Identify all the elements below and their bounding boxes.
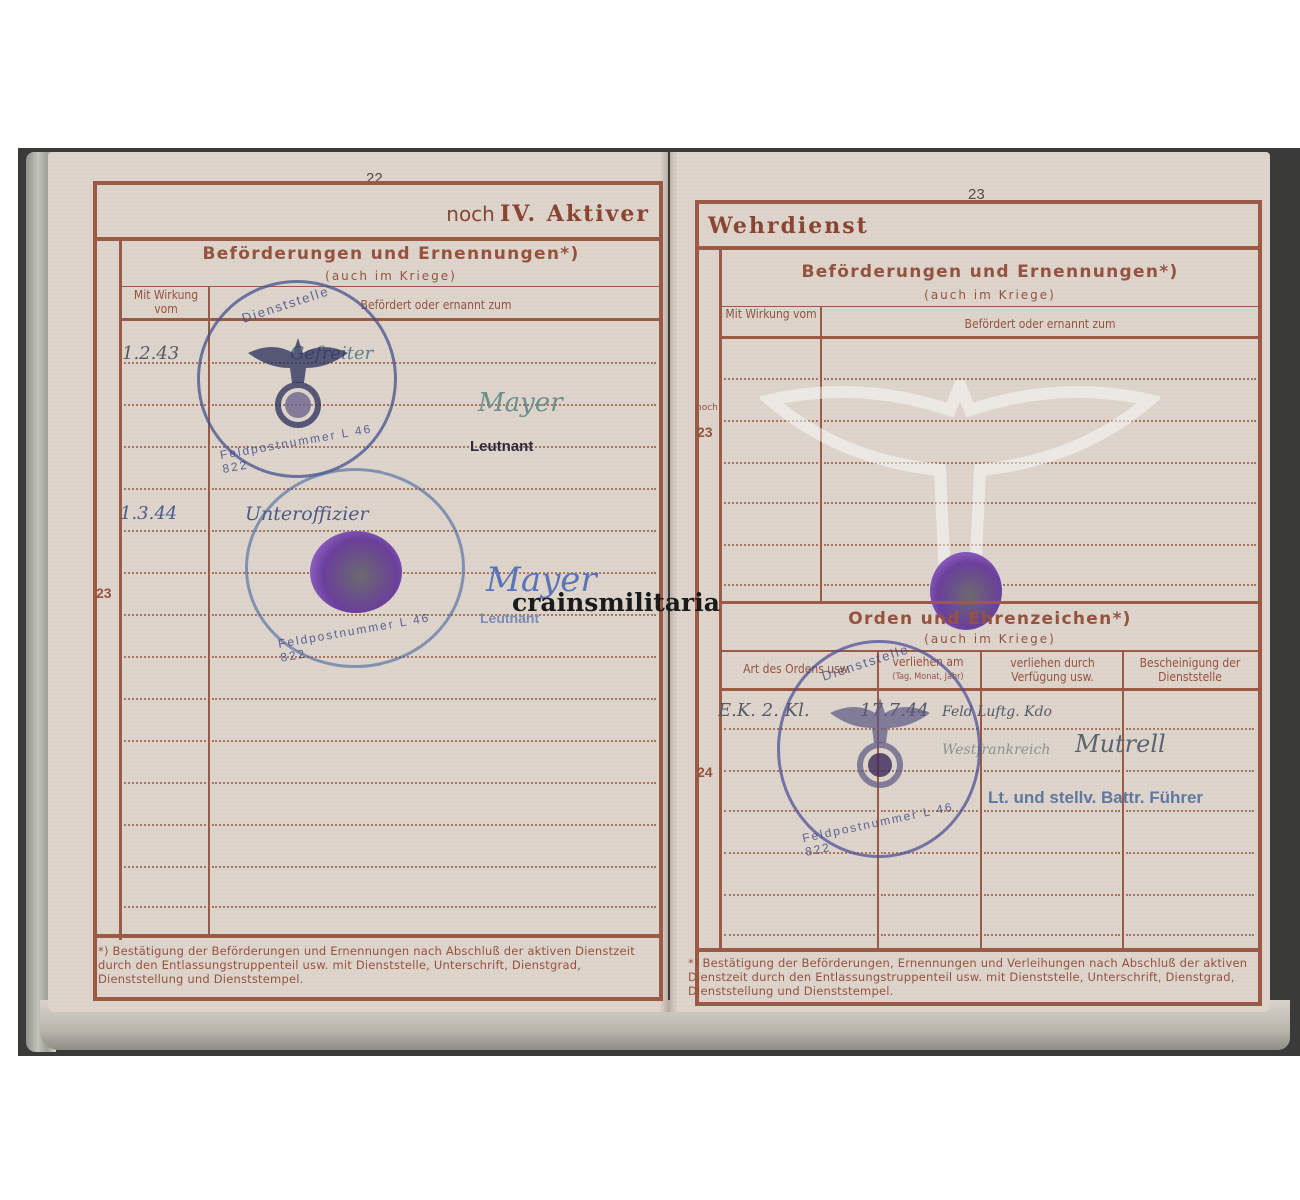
right-section-subtitle: (auch im Kriege) <box>722 288 1258 302</box>
ruled-line <box>881 934 978 936</box>
ruled-line <box>124 404 206 406</box>
entry-date-2: 1.3.44 <box>120 503 177 524</box>
left-colhead-top <box>122 286 660 287</box>
awards-divider-2 <box>980 652 982 948</box>
awards-top-divider <box>722 601 1258 604</box>
left-header-divider <box>93 237 663 241</box>
ruled-line <box>124 530 206 532</box>
ruled-line <box>124 656 206 658</box>
rank-stamp-1: Leutnant <box>470 438 533 455</box>
ruled-line <box>1126 852 1254 854</box>
ruled-line <box>1126 894 1254 896</box>
watermark-text: crainsmilitaria <box>512 588 720 617</box>
ruled-line <box>124 782 206 784</box>
right-section-title: Beförderungen und Ernennungen*) <box>722 262 1258 282</box>
ruled-line <box>1126 810 1254 812</box>
left-header: noch IV. Aktiver <box>380 201 650 227</box>
ruled-line <box>124 698 206 700</box>
award-signature: Mutrell <box>1075 730 1166 758</box>
ruled-line <box>212 782 656 784</box>
ruled-line <box>724 584 818 586</box>
official-stamp-3: Dienststelle Feldpostnummer L 46 822 <box>777 640 981 858</box>
ruled-line <box>1126 934 1254 936</box>
right-row-prefix: noch <box>696 403 718 413</box>
ruled-line <box>212 488 656 490</box>
right-colhead-bottom <box>722 336 1258 339</box>
right-header-divider <box>695 246 1262 250</box>
awards-section-subtitle: (auch im Kriege) <box>722 632 1258 646</box>
left-row-number: 23 <box>96 585 112 601</box>
ruled-line <box>824 584 1256 586</box>
left-footnote-divider <box>93 934 663 938</box>
right-footnote: *) Bestätigung der Beförderungen, Ernenn… <box>688 956 1248 998</box>
ruled-line <box>724 934 875 936</box>
awards-col-head-authority: verliehen durch Verfügung usw. <box>985 656 1120 684</box>
ruled-line <box>124 446 206 448</box>
right-col-head-date: Mit Wirkung vom <box>722 307 820 321</box>
ruled-line <box>212 866 656 868</box>
official-stamp-2: Feldpostnummer L 46 822 <box>245 468 465 668</box>
ruled-line <box>1126 770 1254 772</box>
ruled-line <box>124 488 206 490</box>
awards-row-number: 24 <box>697 764 713 780</box>
ruled-line <box>212 906 656 908</box>
col-head-date: Mit Wirkung vom <box>122 288 210 316</box>
ruled-line <box>984 934 1120 936</box>
ruled-line <box>124 614 206 616</box>
ruled-line <box>212 740 656 742</box>
right-header-title: Wehrdienst <box>708 213 869 239</box>
left-colhead-bottom <box>122 318 660 321</box>
ruled-line <box>124 572 206 574</box>
ruled-line <box>984 810 1120 812</box>
right-col-head-rank: Befördert oder ernannt zum <box>822 317 1258 331</box>
ruled-line <box>212 698 656 700</box>
left-section-title: Beförderungen und Ernennungen*) <box>122 244 660 264</box>
left-section-subtitle: (auch im Kriege) <box>122 269 660 283</box>
header-prefix: noch <box>446 202 495 226</box>
stamp-top-text: Dienststelle <box>240 283 331 325</box>
signature-1: Mayer <box>478 388 563 418</box>
ruled-line <box>124 866 206 868</box>
ruled-line <box>724 894 875 896</box>
awards-colhead-top <box>722 650 1258 652</box>
right-footnote-divider <box>695 948 1262 952</box>
ruled-line <box>212 824 656 826</box>
awards-col-head-certification: Bescheinigung der Dienststelle <box>1125 656 1255 684</box>
right-row-number: 23 <box>697 424 713 440</box>
ruled-line <box>984 894 1120 896</box>
official-stamp-1: Dienststelle Feldpostnummer L 46 822 <box>197 280 397 478</box>
ruled-line <box>124 906 206 908</box>
ruled-line <box>984 770 1120 772</box>
header-title: IV. Aktiver <box>500 201 650 227</box>
left-footnote: *) Bestätigung der Beförderungen und Ern… <box>98 944 653 986</box>
ruled-line <box>124 824 206 826</box>
eagle-emblem-icon <box>830 693 930 792</box>
ruled-line <box>212 656 656 658</box>
awards-section-title: Orden und Ehrenzeichen*) <box>722 609 1258 629</box>
entry-date-1: 1.2.43 <box>122 343 179 364</box>
eagle-emblem-icon <box>248 333 348 438</box>
ruled-line <box>881 894 978 896</box>
ruled-line <box>124 740 206 742</box>
award-certified-by: Lt. und stellv. Battr. Führer <box>988 788 1203 808</box>
ink-seal-blot <box>310 531 402 613</box>
ruled-line <box>984 852 1120 854</box>
